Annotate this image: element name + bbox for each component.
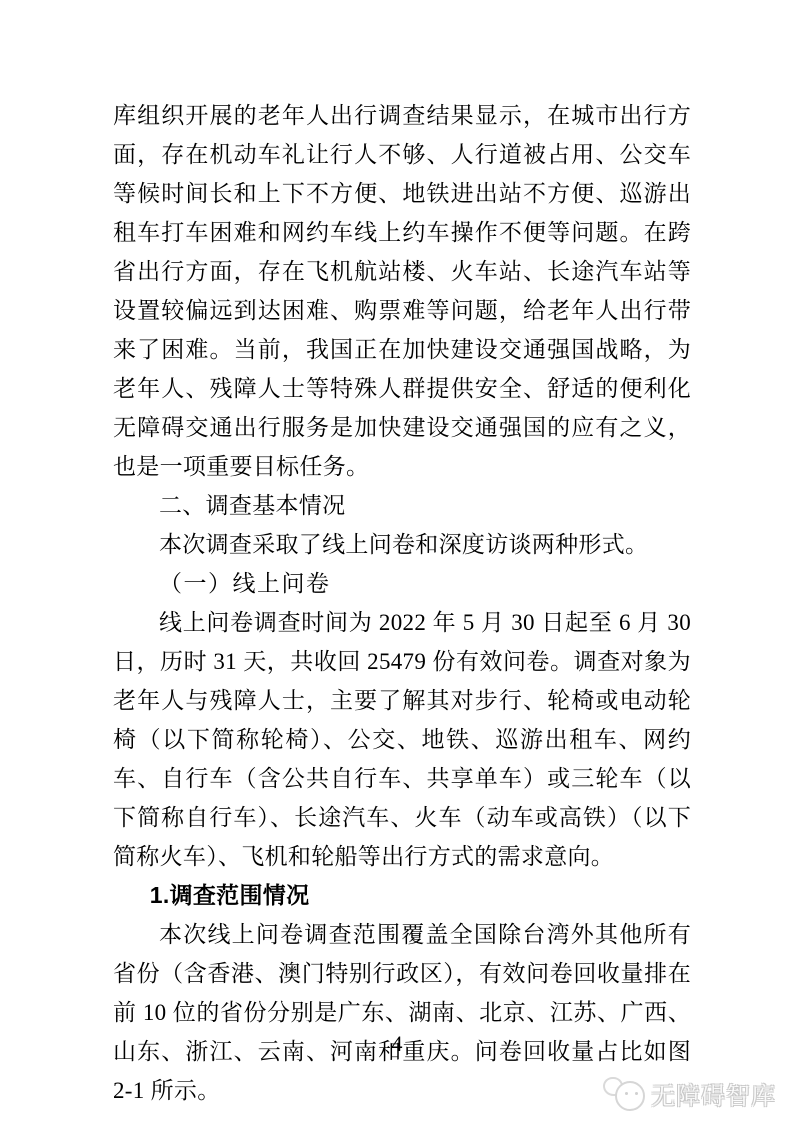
brand-mascot-icon (603, 1077, 645, 1111)
watermark-label: 无障碍智库 (651, 1076, 776, 1111)
section-heading-survey-basics: 二、调查基本情况 (113, 486, 691, 525)
page-content: 库组织开展的老年人出行调查结果显示，在城市出行方面，存在机动车礼让行人不够、人行… (113, 96, 691, 1110)
paragraph-questionnaire-details: 线上问卷调查时间为 2022 年 5 月 30 日起至 6 月 30 日，历时 … (113, 603, 691, 876)
paragraph-continuation: 库组织开展的老年人出行调查结果显示，在城市出行方面，存在机动车礼让行人不够、人行… (113, 96, 691, 486)
subsection-heading-survey-scope: 1.调查范围情况 (113, 876, 691, 915)
paragraph-survey-forms: 本次调查采取了线上问卷和深度访谈两种形式。 (113, 525, 691, 564)
mascot-face-circle (615, 1081, 645, 1111)
mascot-right-eye (635, 1092, 638, 1095)
watermark: 无障碍智库 (603, 1076, 776, 1111)
mascot-left-eye (625, 1092, 628, 1095)
page-number: 4 (0, 1030, 794, 1058)
subsection-heading-online-questionnaire: （一）线上问卷 (113, 564, 691, 603)
document-page: 库组织开展的老年人出行调查结果显示，在城市出行方面，存在机动车礼让行人不够、人行… (0, 0, 794, 1123)
